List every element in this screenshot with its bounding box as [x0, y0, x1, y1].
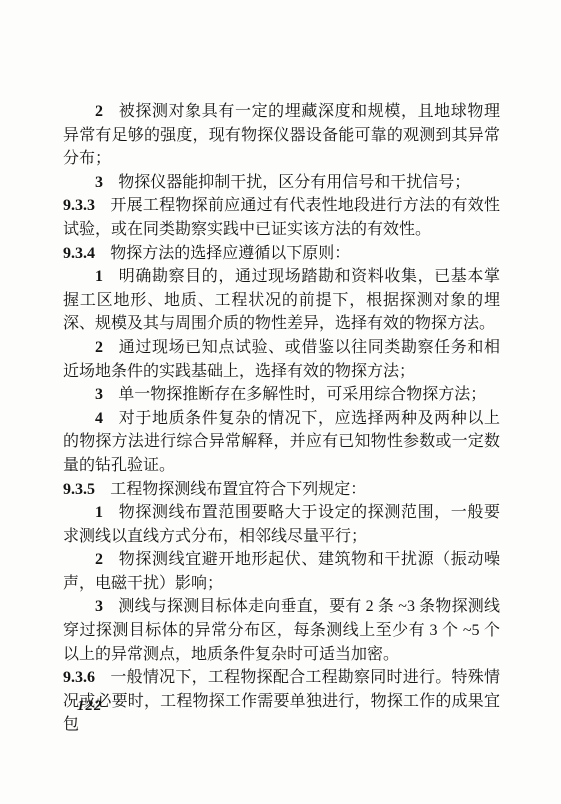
section-clause: 9.3.4物探方法的选择应遵循以下原则：: [63, 242, 500, 266]
clause-number: 4: [95, 410, 103, 427]
section-text: 物探方法的选择应遵循以下原则：: [110, 245, 350, 262]
document-page: 2被探测对象具有一定的埋藏深度和规模，且地球物理异常有足够的强度，现有物探仪器设…: [0, 0, 561, 804]
clause-text: 物探测线布置范围要略大于设定的探测范围，一般要求测线以直线方式分布，相邻线尽量平…: [63, 504, 500, 545]
section-text: 工程物探测线布置宜符合下列规定：: [110, 481, 366, 498]
clause-text: 测线与探测目标体走向垂直，要有 2 条 ~3 条物探测线穿过探测目标体的异常分布…: [63, 598, 500, 662]
clause-item: 1物探测线布置范围要略大于设定的探测范围，一般要求测线以直线方式分布，相邻线尽量…: [63, 501, 500, 548]
clause-text: 被探测对象具有一定的埋藏深度和规模，且地球物理异常有足够的强度，现有物探仪器设备…: [63, 103, 500, 167]
section-number: 9.3.4: [63, 245, 95, 262]
clause-item: 2通过现场已知点试验、或借鉴以往同类勘察任务和相近场地条件的实践基础上，选择有效…: [63, 336, 500, 383]
clause-text: 对于地质条件复杂的情况下，应选择两种及两种以上的物探方法进行综合异常解释，并应有…: [63, 410, 500, 474]
clause-number: 2: [95, 103, 103, 120]
clause-item: 2被探测对象具有一定的埋藏深度和规模，且地球物理异常有足够的强度，现有物探仪器设…: [63, 100, 500, 171]
clause-number: 1: [95, 268, 103, 285]
clause-item: 3测线与探测目标体走向垂直，要有 2 条 ~3 条物探测线穿过探测目标体的异常分…: [63, 595, 500, 666]
clause-number: 2: [95, 339, 103, 356]
clause-number: 2: [95, 551, 103, 568]
document-body: 2被探测对象具有一定的埋藏深度和规模，且地球物理异常有足够的强度，现有物探仪器设…: [63, 100, 500, 737]
clause-text: 物探测线宜避开地形起伏、建筑物和干扰源（振动噪声，电磁干扰）影响；: [63, 551, 500, 592]
clause-text: 明确勘察目的，通过现场踏勘和资料收集，已基本掌握工区地形、地质、工程状况的前提下…: [63, 268, 500, 332]
clause-number: 3: [95, 174, 103, 191]
clause-item: 3物探仪器能抑制干扰，区分有用信号和干扰信号；: [63, 171, 500, 195]
clause-number: 3: [95, 598, 103, 615]
section-clause: 9.3.6一般情况下，工程物探配合工程勘察同时进行。特殊情况或必要时，工程物探工…: [63, 666, 500, 737]
section-clause: 9.3.3开展工程物探前应通过有代表性地段进行方法的有效性试验，或在同类勘察实践…: [63, 194, 500, 241]
clause-number: 3: [95, 386, 103, 403]
clause-item: 3单一物探推断存在多解性时，可采用综合物探方法；: [63, 383, 500, 407]
clause-number: 1: [95, 504, 103, 521]
clause-item: 4对于地质条件复杂的情况下，应选择两种及两种以上的物探方法进行综合异常解释，并应…: [63, 407, 500, 478]
clause-text: 通过现场已知点试验、或借鉴以往同类勘察任务和相近场地条件的实践基础上，选择有效的…: [63, 339, 500, 380]
clause-item: 1明确勘察目的，通过现场踏勘和资料收集，已基本掌握工区地形、地质、工程状况的前提…: [63, 265, 500, 336]
section-clause: 9.3.5工程物探测线布置宜符合下列规定：: [63, 478, 500, 502]
section-number: 9.3.5: [63, 481, 95, 498]
section-number: 9.3.3: [63, 197, 95, 214]
page-number: 122: [77, 698, 103, 715]
clause-text: 单一物探推断存在多解性时，可采用综合物探方法；: [118, 386, 486, 403]
section-text: 开展工程物探前应通过有代表性地段进行方法的有效性试验，或在同类勘察实践中已证实该…: [63, 197, 500, 238]
clause-item: 2物探测线宜避开地形起伏、建筑物和干扰源（振动噪声，电磁干扰）影响；: [63, 548, 500, 595]
section-number: 9.3.6: [63, 669, 95, 686]
section-text: 一般情况下，工程物探配合工程勘察同时进行。特殊情况或必要时，工程物探工作需要单独…: [63, 669, 500, 733]
clause-text: 物探仪器能抑制干扰，区分有用信号和干扰信号；: [118, 174, 470, 191]
